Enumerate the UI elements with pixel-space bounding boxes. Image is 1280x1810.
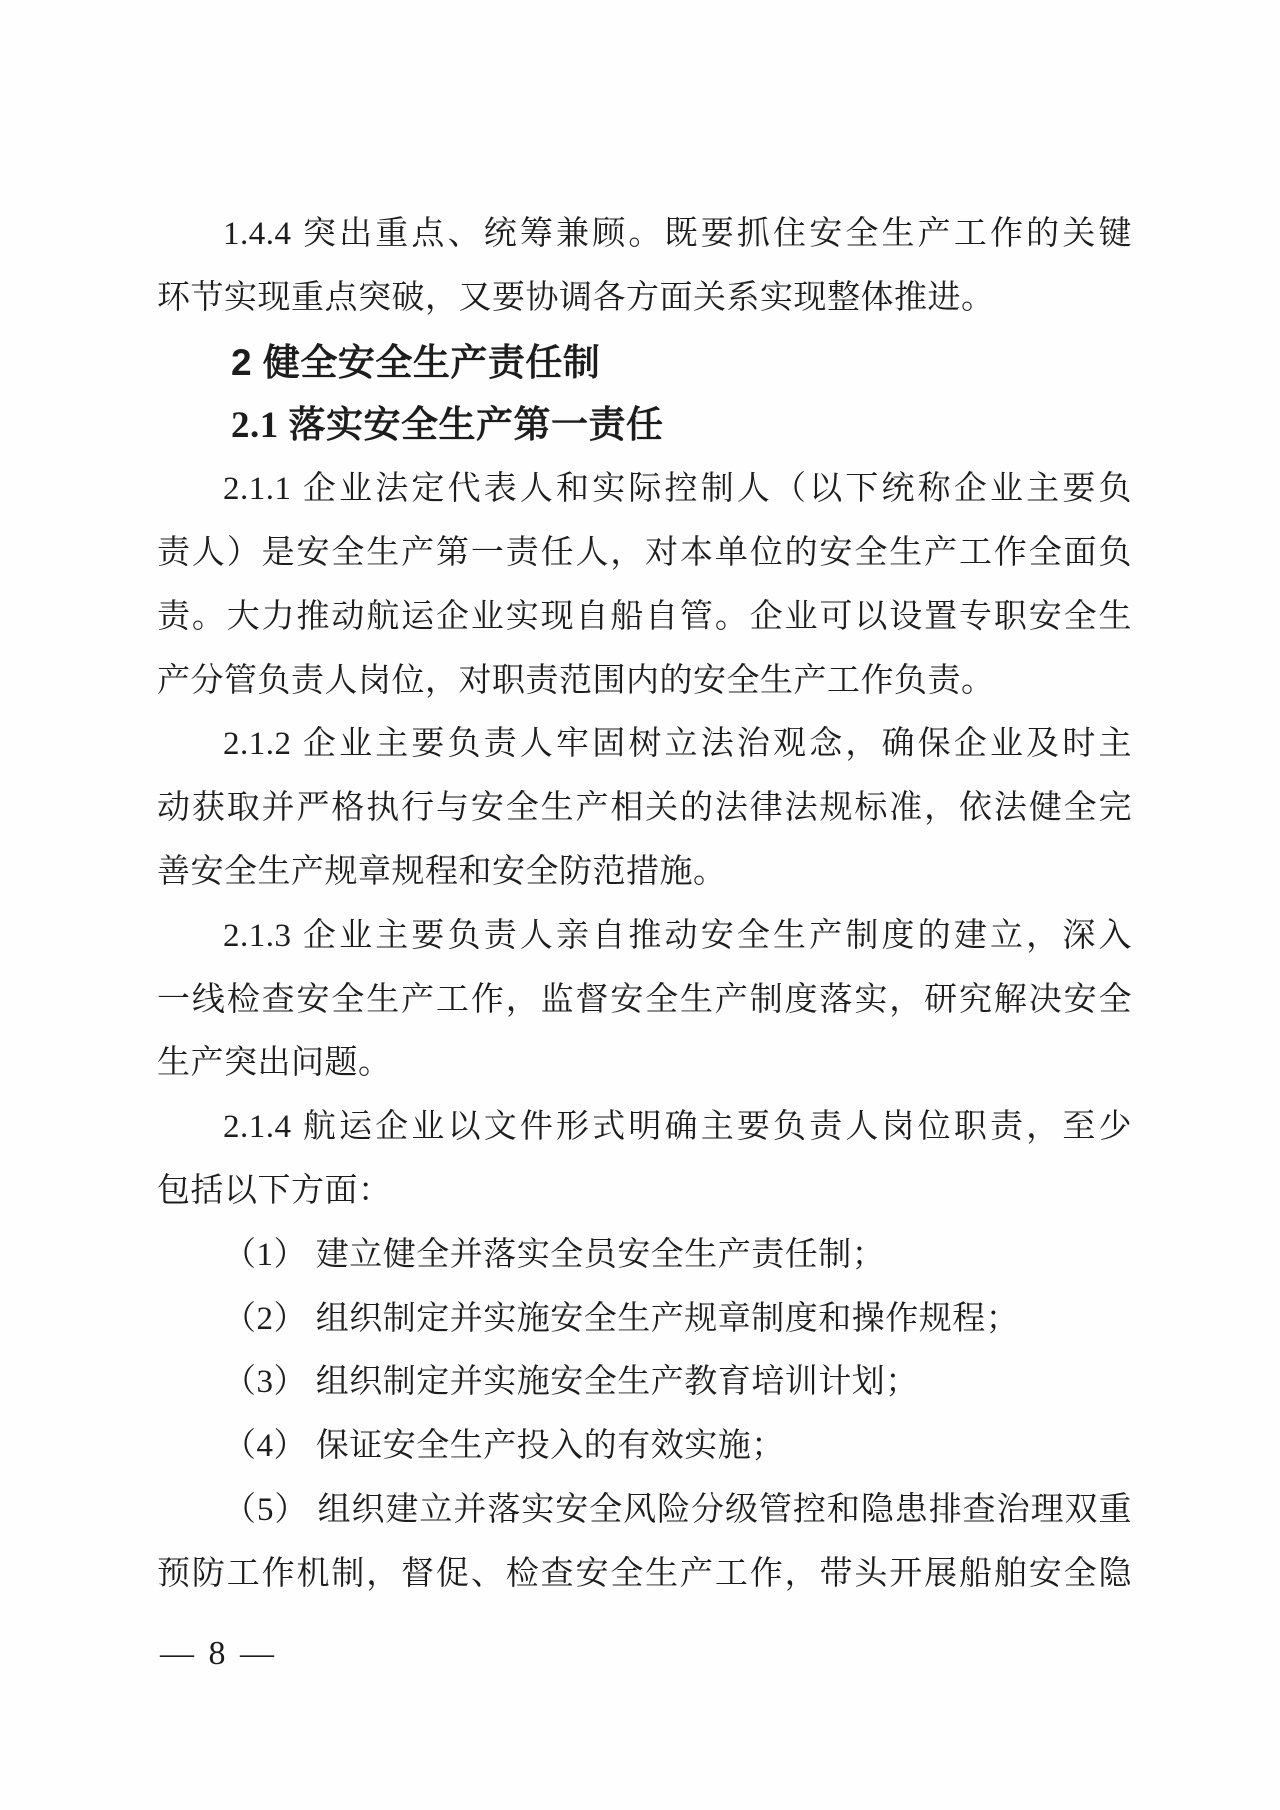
text-line: 动获取并严格执行与安全生产相关的法律法规标准，依法健全完 — [157, 777, 1132, 841]
text-line: 包括以下方面： — [157, 1160, 1132, 1224]
text-line: 一线检查安全生产工作，监督安全生产制度落实，研究解决安全 — [157, 969, 1132, 1033]
text-line: 环节实现重点突破，又要协调各方面关系实现整体推进。 — [157, 267, 1132, 331]
list-item-line: （4） 保证安全生产投入的有效实施； — [157, 1415, 1132, 1479]
document-body: 1.4.4 突出重点、统筹兼顾。既要抓住安全生产工作的关键环节实现重点突破，又要… — [157, 203, 1132, 1607]
list-item-line: （3） 组织制定并实施安全生产教育培训计划； — [157, 1351, 1132, 1415]
page-number: — 8 — — [160, 1622, 277, 1686]
text-line: 责人）是安全生产第一责任人，对本单位的安全生产工作全面负 — [157, 522, 1132, 586]
text-line: 2.1.3 企业主要负责人亲自推动安全生产制度的建立，深入 — [157, 905, 1132, 969]
document-page: 1.4.4 突出重点、统筹兼顾。既要抓住安全生产工作的关键环节实现重点突破，又要… — [0, 0, 1280, 1810]
text-line: 1.4.4 突出重点、统筹兼顾。既要抓住安全生产工作的关键 — [157, 203, 1132, 267]
list-item-line: （2） 组织制定并实施安全生产规章制度和操作规程； — [157, 1288, 1132, 1352]
text-line: 生产突出问题。 — [157, 1032, 1132, 1096]
text-line: 2.1.4 航运企业以文件形式明确主要负责人岗位职责，至少 — [157, 1096, 1132, 1160]
text-line: 责。大力推动航运企业实现自船自管。企业可以设置专职安全生 — [157, 586, 1132, 650]
section-heading: 2 健全安全生产责任制 — [157, 331, 1132, 395]
text-line: 2.1.2 企业主要负责人牢固树立法治观念，确保企业及时主 — [157, 713, 1132, 777]
text-line: 2.1.1 企业法定代表人和实际控制人（以下统称企业主要负 — [157, 458, 1132, 522]
list-item-line: 预防工作机制，督促、检查安全生产工作，带头开展船舶安全隐 — [157, 1543, 1132, 1607]
text-line: 产分管负责人岗位，对职责范围内的安全生产工作负责。 — [157, 650, 1132, 714]
text-line: 善安全生产规章规程和安全防范措施。 — [157, 841, 1132, 905]
list-item-line: （1） 建立健全并落实全员安全生产责任制； — [157, 1224, 1132, 1288]
list-item-line: （5） 组织建立并落实安全风险分级管控和隐患排查治理双重 — [157, 1479, 1132, 1543]
subsection-heading: 2.1 落实安全生产第一责任 — [157, 394, 1132, 458]
